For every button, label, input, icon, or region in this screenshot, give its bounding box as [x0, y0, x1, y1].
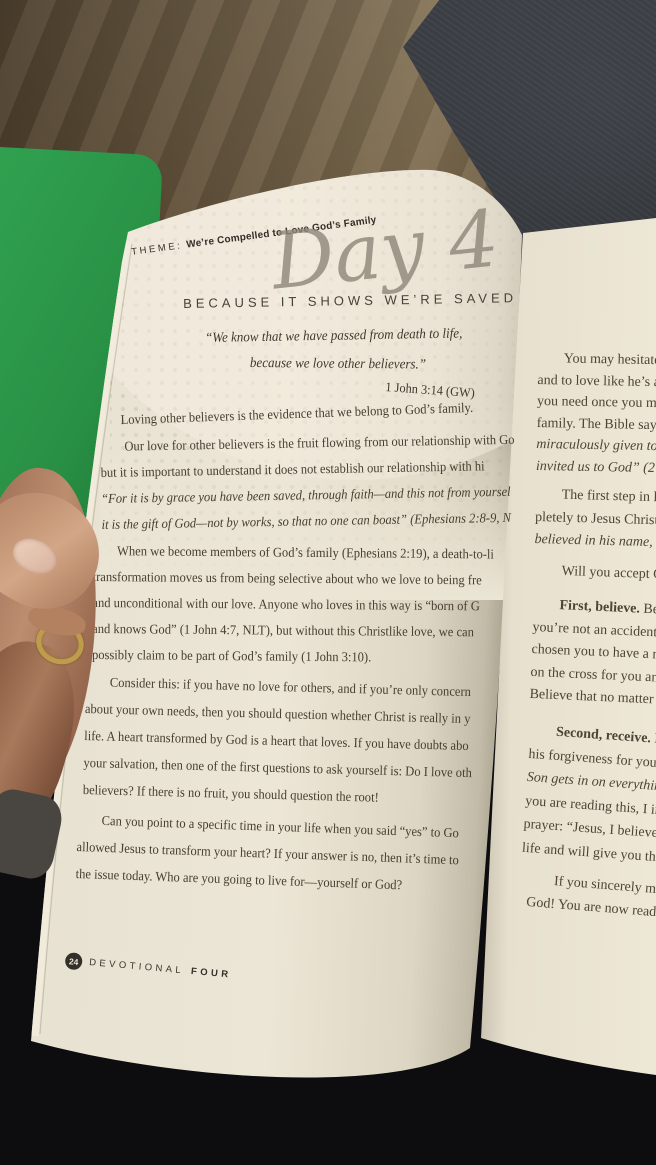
paragraph-3: When we become members of God’s family (…: [92, 538, 494, 671]
footer-label-bold: FOUR: [191, 966, 232, 980]
right-paragraph-3: Will you accept G: [535, 560, 656, 586]
second-receive-lead: Second, receive.: [556, 725, 652, 747]
right-paragraph-2: The first step in le pletely to Jesus Ch…: [534, 484, 656, 555]
paragraph-2: Our love for other believers is the frui…: [100, 427, 516, 538]
first-believe-lead: First, believe.: [559, 598, 640, 616]
right-paragraph-5: Second, receive. Re his forgiveness for …: [521, 719, 656, 870]
right-paragraph-1: You may hesitate and to love like he’s a…: [536, 348, 656, 479]
right-paragraph-4: First, believe. Beli you’re not an accid…: [529, 594, 656, 712]
paragraph-4: Consider this: if you have no love for o…: [82, 668, 474, 813]
scripture-quote-line2: because we love other believers.”: [250, 356, 426, 374]
day-script: Day 4: [268, 200, 502, 301]
paragraph-5: Can you point to a specific time in your…: [75, 806, 460, 900]
photo-of-open-devotional-book: THEME:We’re Compelled to Love God’s Fami…: [0, 0, 656, 1165]
page-number-badge: 24: [65, 952, 83, 970]
